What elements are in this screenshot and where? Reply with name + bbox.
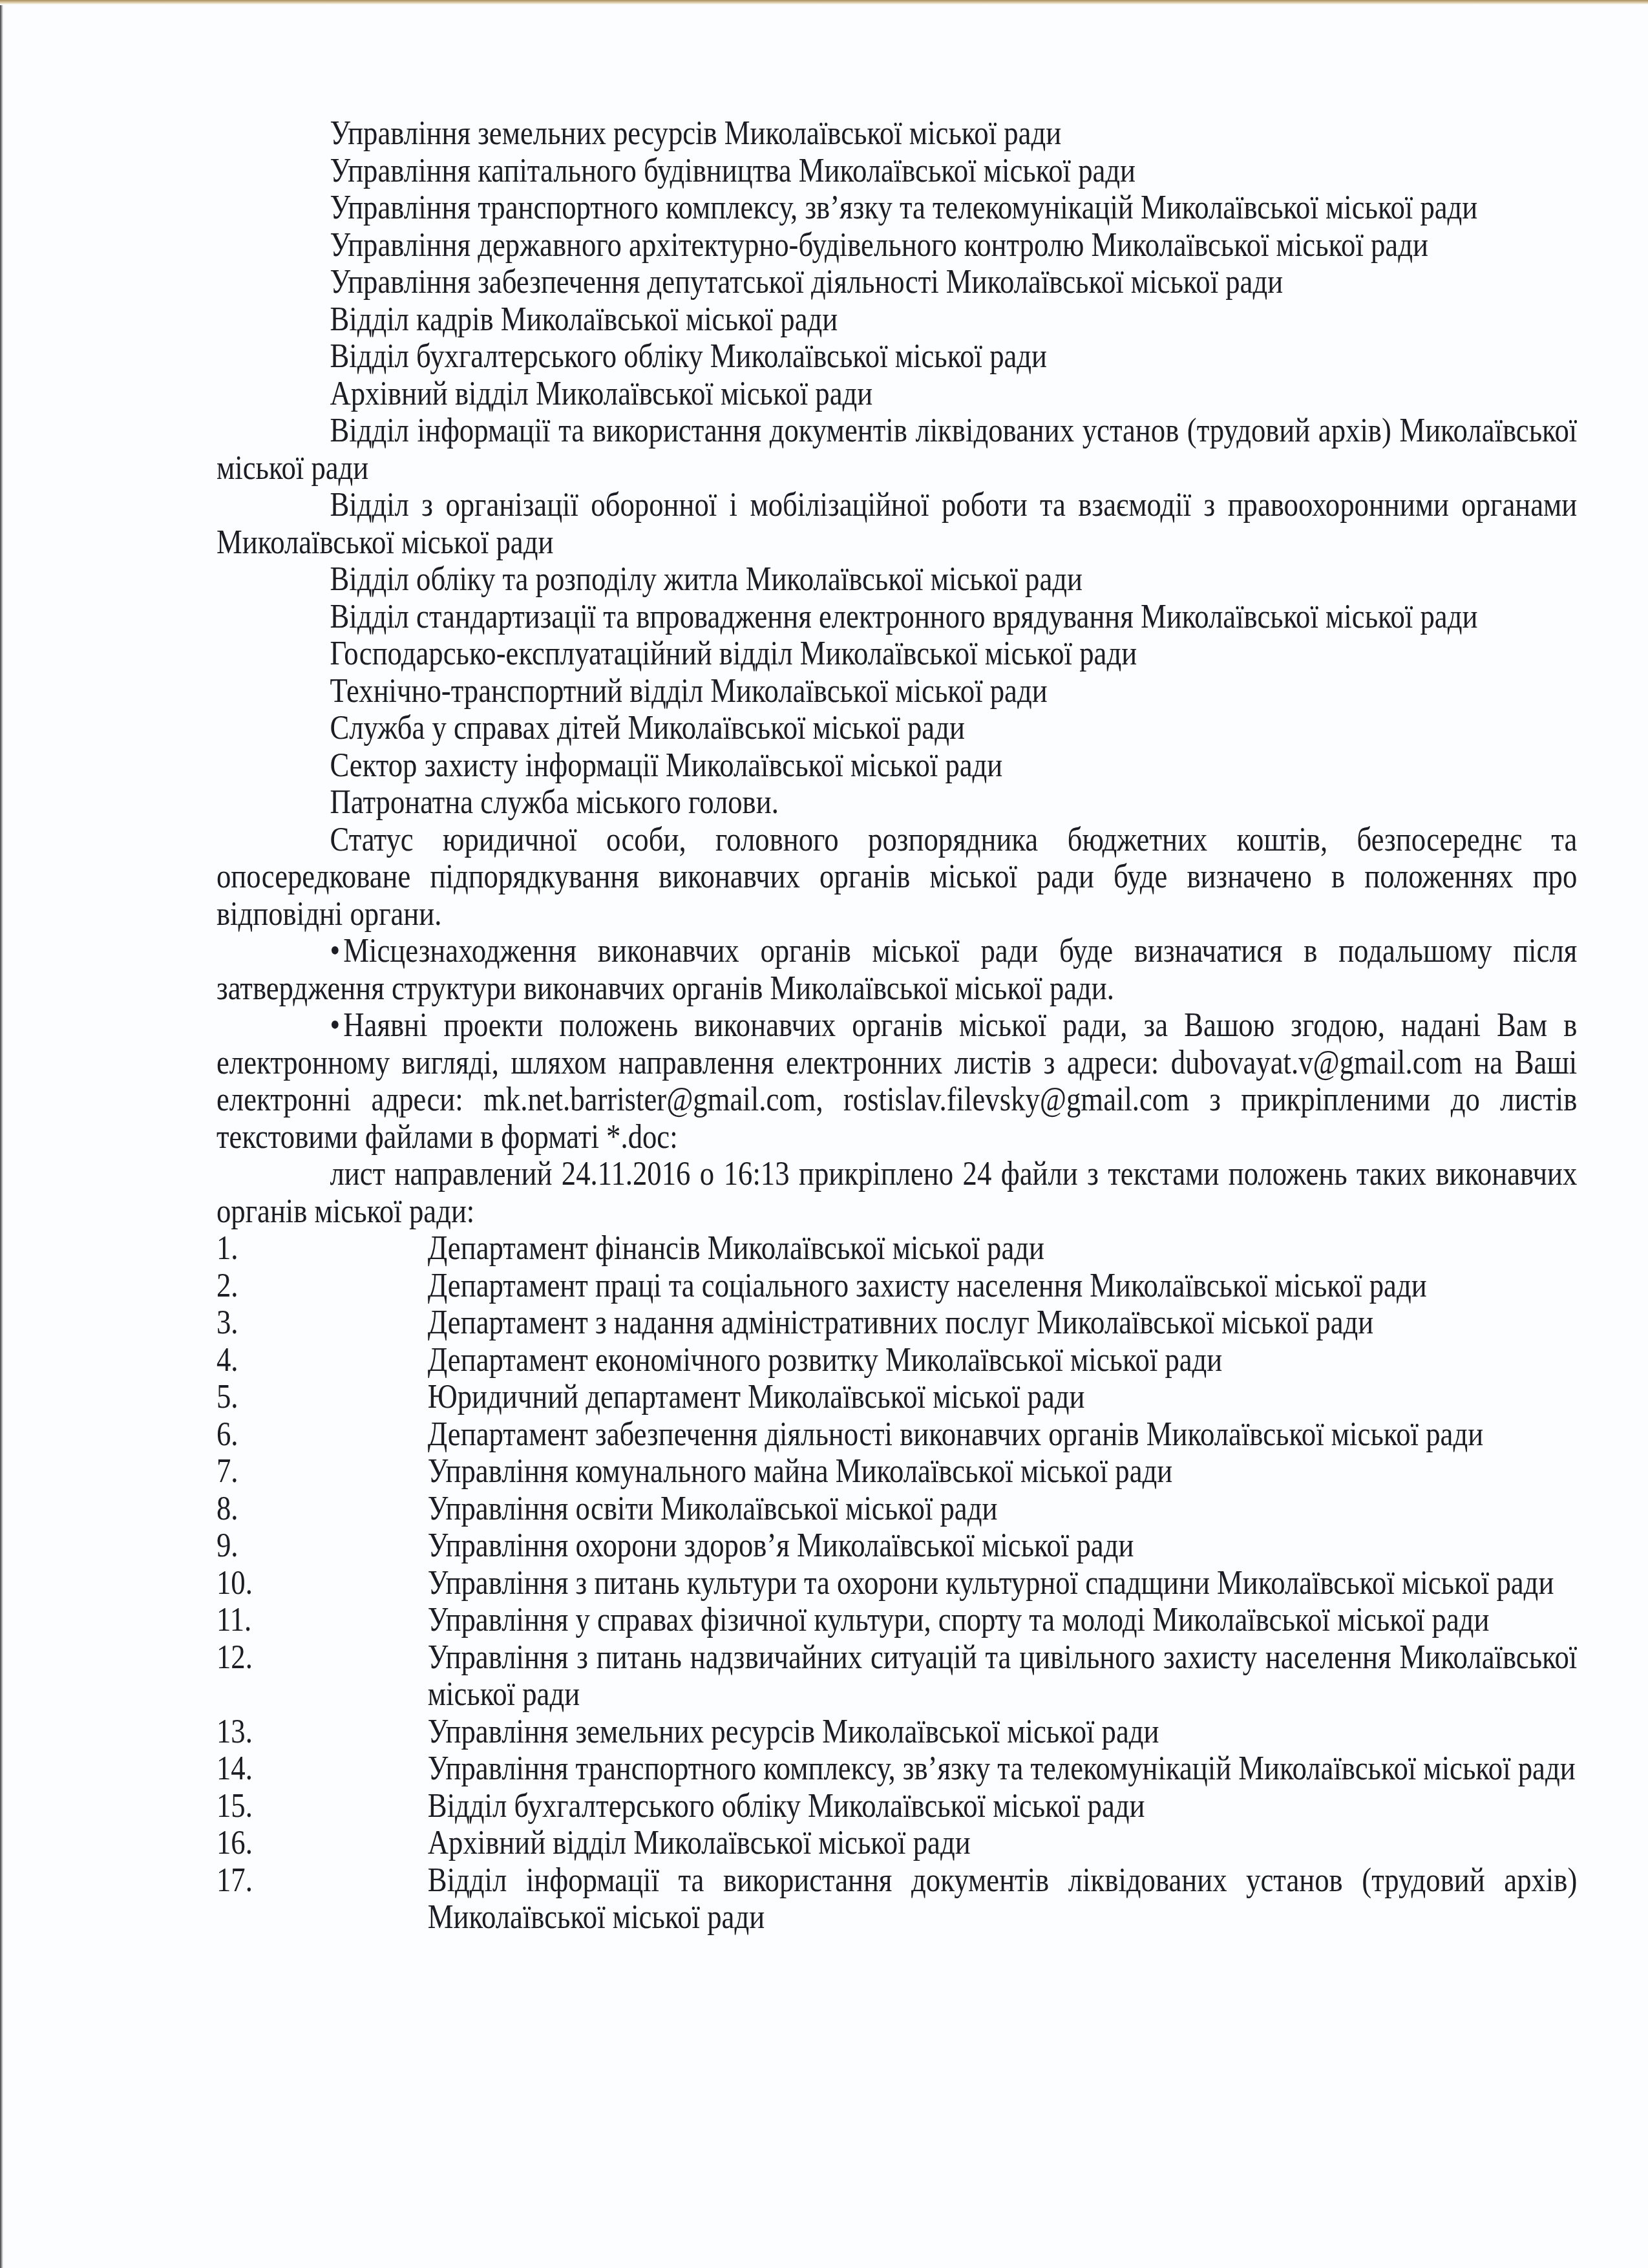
file-number: 3. [217,1304,423,1342]
file-text: Управління з питань культури та охорони … [428,1565,1554,1602]
bullet-text: Місцезнаходження виконавчих органів місь… [217,933,1577,1007]
file-item: 10.Управління з питань культури та охоро… [217,1565,1577,1602]
file-text: Управління комунального майна Миколаївсь… [428,1453,1172,1490]
file-item: 17.Відділ інформації та використання док… [217,1862,1577,1936]
file-text: Департамент фінансів Миколаївської міськ… [428,1230,1044,1267]
file-text: Управління у справах фізичної культури, … [428,1602,1490,1638]
file-item: 9.Управління охорони здоров’я Миколаївсь… [217,1527,1577,1565]
scan-top-edge [0,0,1648,5]
file-item: 12.Управління з питань надзвичайних ситу… [217,1639,1577,1713]
bullet-icon: • [330,933,340,970]
file-text: Управління земельних ресурсів Миколаївсь… [428,1713,1159,1750]
file-item: 11.Управління у справах фізичної культур… [217,1602,1577,1639]
file-text: Відділ інформації та використання докуме… [428,1862,1577,1936]
status-paragraph: Статус юридичної особи, головного розпор… [217,821,1577,933]
file-number: 16. [217,1825,428,1862]
file-number: 4. [217,1342,423,1379]
bullet-icon: • [330,1007,340,1044]
file-item: 4.Департамент економічного розвитку Мико… [217,1342,1577,1379]
letter-paragraph: лист направлений 24.11.2016 о 16:13 прик… [217,1156,1577,1230]
file-text: Управління транспортного комплексу, зв’я… [428,1750,1576,1787]
file-number: 8. [217,1490,423,1528]
unit-item: Відділ інформації та використання докуме… [217,412,1577,487]
unit-item: Управління забезпечення депутатської дія… [217,264,1577,301]
file-item: 14.Управління транспортного комплексу, з… [217,1750,1577,1788]
file-item: 15.Відділ бухгалтерського обліку Миколаї… [217,1788,1577,1825]
unit-item: Відділ бухгалтерського обліку Миколаївсь… [217,338,1577,376]
file-number: 17. [217,1862,428,1900]
unit-item: Архівний відділ Миколаївської міської ра… [217,376,1577,413]
unit-item: Патронатна служба міського голови. [217,784,1577,821]
file-item: 7.Управління комунального майна Миколаїв… [217,1453,1577,1490]
bullet-paragraph-location: •Місцезнаходження виконавчих органів міс… [217,933,1577,1007]
file-item: 6.Департамент забезпечення діяльності ви… [217,1416,1577,1454]
file-number: 6. [217,1416,423,1454]
file-number: 7. [217,1453,423,1490]
file-text: Відділ бухгалтерського обліку Миколаївсь… [428,1788,1145,1825]
unit-item: Сектор захисту інформації Миколаївської … [217,747,1577,785]
unit-item: Відділ обліку та розподілу житла Миколаї… [217,561,1577,599]
file-number: 1. [217,1230,423,1267]
unit-item: Управління транспортного комплексу, зв’я… [217,189,1577,227]
file-number: 14. [217,1750,428,1788]
file-item: 5.Юридичний департамент Миколаївської мі… [217,1379,1577,1416]
file-text: Юридичний департамент Миколаївської місь… [428,1379,1085,1415]
file-text: Управління охорони здоров’я Миколаївсько… [428,1527,1134,1564]
file-text: Департамент з надання адміністративних п… [428,1304,1373,1341]
file-text: Департамент забезпечення діяльності вико… [428,1416,1483,1453]
bullet-text: Наявні проекти положень виконавчих орган… [217,1007,1577,1156]
file-text: Департамент економічного розвитку Микола… [428,1342,1223,1379]
unit-item: Відділ кадрів Миколаївської міської ради [217,301,1577,339]
file-number: 13. [217,1713,428,1751]
file-number: 2. [217,1267,423,1305]
file-number: 9. [217,1527,423,1565]
unit-item: Управління капітального будівництва Мико… [217,153,1577,190]
unit-item: Відділ стандартизації та впровадження ел… [217,599,1577,636]
file-number: 5. [217,1379,423,1416]
unit-item: Технічно-транспортний відділ Миколаївськ… [217,673,1577,710]
file-number: 10. [217,1565,428,1602]
file-item: 8.Управління освіти Миколаївської місько… [217,1490,1577,1528]
file-item: 3.Департамент з надання адміністративних… [217,1304,1577,1342]
file-item: 13.Управління земельних ресурсів Миколаї… [217,1713,1577,1751]
file-item: 2.Департамент праці та соціального захис… [217,1267,1577,1305]
unit-item: Управління земельних ресурсів Миколаївсь… [217,115,1577,153]
file-number: 12. [217,1639,428,1677]
unit-item: Управління державного архітектурно-будів… [217,227,1577,264]
scan-left-edge [0,5,3,2268]
unit-item: Відділ з організації оборонної і мобіліз… [217,487,1577,561]
file-number: 11. [217,1602,428,1639]
bullet-paragraph-drafts: •Наявні проекти положень виконавчих орга… [217,1007,1577,1156]
file-number: 15. [217,1788,428,1825]
unit-item: Господарсько-експлуатаційний відділ Мико… [217,635,1577,673]
attached-files-list: 1.Департамент фінансів Миколаївської міс… [217,1230,1577,1936]
file-text: Управління освіти Миколаївської міської … [428,1490,998,1527]
file-text: Департамент праці та соціального захисту… [428,1267,1427,1304]
file-text: Управління з питань надзвичайних ситуаці… [428,1639,1577,1713]
document-page: Управління земельних ресурсів Миколаївсь… [217,115,1577,1936]
file-text: Архівний відділ Миколаївської міської ра… [428,1825,971,1861]
file-item: 16.Архівний відділ Миколаївської міської… [217,1825,1577,1862]
units-list: Управління земельних ресурсів Миколаївсь… [217,115,1577,821]
unit-item: Служба у справах дітей Миколаївської міс… [217,710,1577,747]
file-item: 1.Департамент фінансів Миколаївської міс… [217,1230,1577,1267]
